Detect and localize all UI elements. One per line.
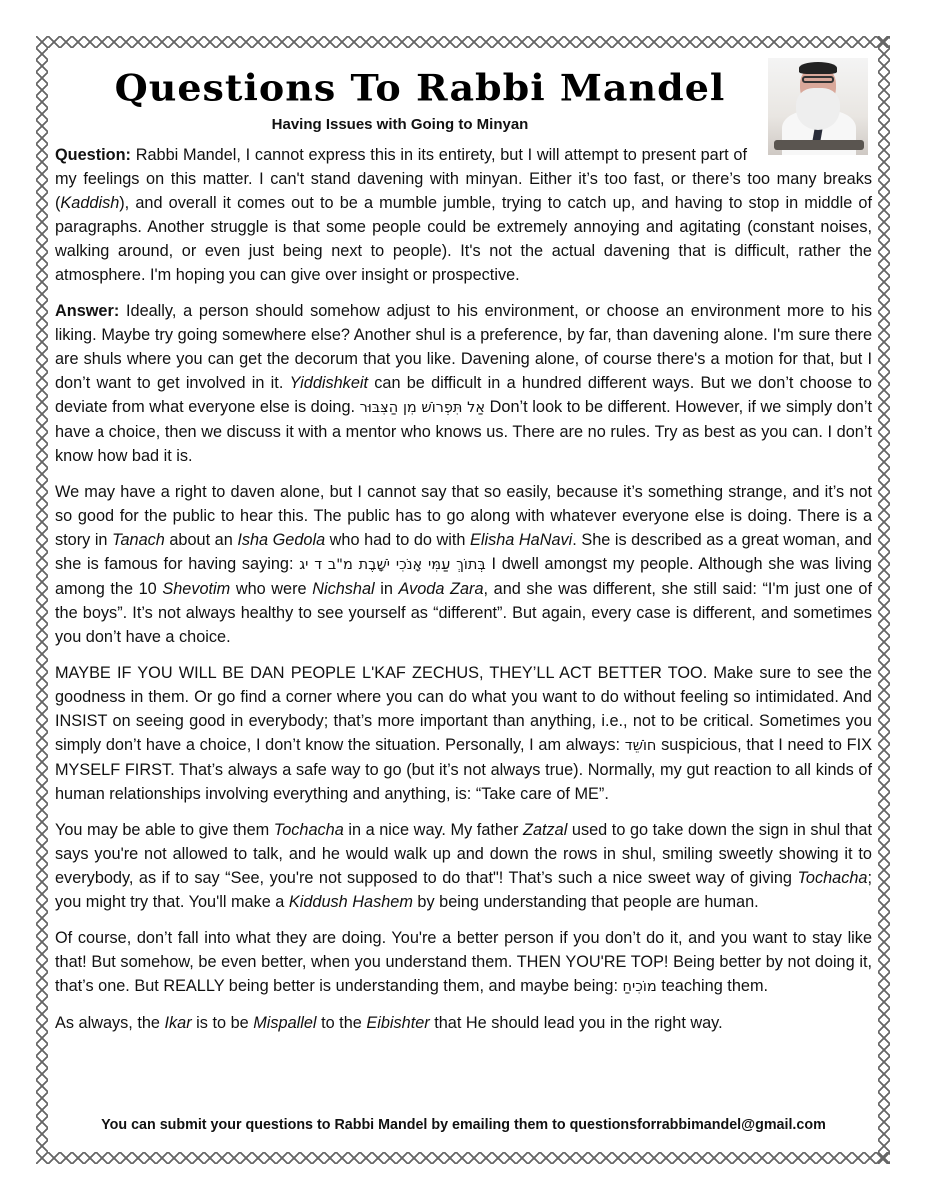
hebrew-quote: בְּתוֹךְ עַמִּי אָנֹכִי יֹשָׁבֶת מ"ב ד י…	[299, 557, 486, 573]
article-subtitle: Having Issues with Going to Minyan	[150, 116, 650, 133]
answer-paragraph-3: MAYBE IF YOU WILL BE DAN PEOPLE L'KAF ZE…	[55, 661, 872, 806]
border-bottom	[36, 1152, 890, 1164]
hebrew-word: מוֹכִיחַ	[623, 979, 657, 995]
article-body: Question: Rabbi Mandel, I cannot express…	[55, 143, 872, 1047]
border-right	[878, 36, 890, 1164]
hebrew-word: חוֹשֵׁד	[625, 738, 657, 754]
answer-paragraph-6: As always, the Ikar is to be Mispallel t…	[55, 1011, 872, 1035]
question-paragraph: Question: Rabbi Mandel, I cannot express…	[55, 143, 872, 287]
border-top	[36, 36, 890, 48]
answer-paragraph-5: Of course, don’t fall into what they are…	[55, 926, 872, 999]
submission-footer: You can submit your questions to Rabbi M…	[55, 1117, 872, 1133]
page-title: Questions To Rabbi Mandel	[110, 63, 730, 112]
question-label: Question:	[55, 146, 131, 164]
answer-paragraph-1: Answer: Ideally, a person should somehow…	[55, 299, 872, 468]
document-page: Questions To Rabbi Mandel Having Issues …	[0, 0, 927, 1200]
answer-label: Answer:	[55, 302, 119, 320]
answer-paragraph-4: You may be able to give them Tochacha in…	[55, 818, 872, 914]
hebrew-quote: אַל תִּפְרוֹשׁ מִן הַצִּבּוּר	[360, 400, 485, 416]
answer-paragraph-2: We may have a right to daven alone, but …	[55, 480, 872, 649]
rabbi-photo	[768, 58, 868, 155]
border-left	[36, 36, 48, 1164]
